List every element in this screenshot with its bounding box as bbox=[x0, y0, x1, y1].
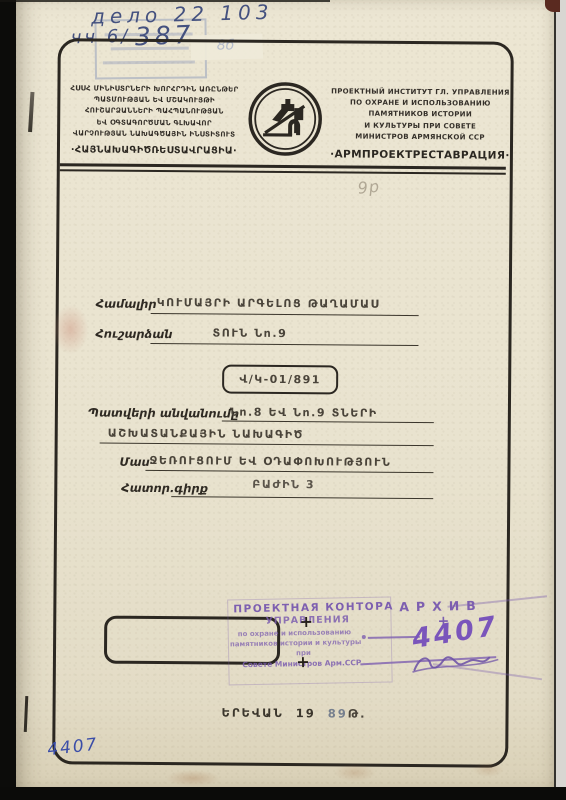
institute-name-armenian: ՀՍՍՀ ՄԻՆԻՍՏՐՆԵՐԻ ԽՈՐՀՐԴԻՆ ԱՌԸՆԹԵՐ ՊԱՏՄՈՒ… bbox=[62, 83, 247, 159]
stamp-dot bbox=[362, 635, 366, 639]
paper-stain bbox=[467, 759, 509, 779]
field-label-order-name: Պատվերի անվանումը bbox=[88, 405, 239, 420]
scan-corner-mark bbox=[545, 0, 560, 12]
staple-mark bbox=[28, 92, 34, 132]
field-value-order-name-line2: ԱՇԽԱՏԱՆՔԱՅԻՆ ՆԱԽԱԳԻԾ bbox=[108, 427, 304, 442]
institute-line: ПО ОХРАНЕ И ИСПОЛЬЗОВАНИЮ bbox=[330, 98, 510, 111]
plus-mark: + bbox=[299, 612, 313, 631]
plus-mark: + bbox=[296, 652, 310, 671]
field-value-order-name: Նո.8 ԵՎ Նո.9 ՏՆԵՐԻ bbox=[230, 406, 378, 420]
institute-short-name-armenian: ·ՀԱՅՆԱԽԱԳԻԾՌԵՍՏԱՎՐԱՑԻԱ· bbox=[62, 142, 246, 159]
field-label-part: Մաս bbox=[119, 455, 149, 469]
field-value-complex: ԿՈՒՄԱՅՐԻ ԱՐԳԵԼՈՑ ԹԱՂԱՄԱՍ bbox=[157, 296, 381, 311]
paper-stain bbox=[327, 760, 383, 784]
field-label-monument: Հուշարձան bbox=[95, 327, 172, 342]
institute-line: МИНИСТРОВ АРМЯНСКОЙ ССР bbox=[330, 131, 510, 144]
institute-short-name-russian: ·АРМПРОЕКТРЕСТАВРАЦИЯ· bbox=[330, 146, 510, 164]
archive-stamp: ПРОЕКТНАЯ КОНТОРА УПРАВЛЕНИЯ по охране и… bbox=[225, 594, 527, 703]
institute-emblem-icon bbox=[245, 79, 326, 160]
scan-edge-right bbox=[554, 0, 566, 800]
handwritten-signature bbox=[410, 646, 503, 682]
imprint-city: ԵՐԵՎԱՆ bbox=[221, 706, 283, 720]
institute-line: ՎԱՐՉՈՒԹՅԱՆ ՆԱԽԱԳԾԱՅԻՆ ԻՆՍՏԻՏՈՒՏ bbox=[62, 128, 246, 141]
institute-line: ՀՍՍՀ ՄԻՆԻՍՏՐՆԵՐԻ ԽՈՐՀՐԴԻՆ ԱՌԸՆԹԵՐ bbox=[62, 83, 246, 96]
margin-pencil-note: 9р bbox=[357, 177, 381, 198]
field-value-monument: ՏՈՒՆ Նո.9 bbox=[212, 326, 287, 340]
binding-mark bbox=[24, 696, 29, 732]
imprint-year-value: 89 bbox=[328, 706, 348, 720]
project-code: Վ/Կ-01/891 bbox=[239, 373, 321, 387]
imprint-year-suffix: Թ. bbox=[348, 707, 367, 721]
institute-name-russian: ПРОЕКТНЫЙ ИНСТИТУТ ГЛ. УПРАВЛЕНИЯ ПО ОХР… bbox=[330, 86, 511, 164]
scan-edge-top bbox=[0, 0, 330, 2]
page-content: 8б дело 22 103 чч 6/ 387 ՀՍՍՀ ՄԻՆԻՍՏՐՆԵՐ… bbox=[0, 0, 566, 800]
scan-edge-left bbox=[0, 0, 16, 800]
field-value-part: ՋԵՌՈՒՑՈՒՄ ԵՎ ՕԴԱՓՈԽՈՒԹՅՈՒՆ bbox=[149, 454, 391, 469]
field-label-volume: Հատոր.գիրք bbox=[121, 481, 208, 496]
stamp-archive-label: АРХИВ bbox=[399, 598, 483, 615]
scanned-page: 8б дело 22 103 чч 6/ 387 ՀՍՍՀ ՄԻՆԻՍՏՐՆԵՐ… bbox=[0, 0, 566, 800]
project-code-box: Վ/Կ-01/891 bbox=[222, 365, 338, 395]
imprint-year-prefix: 19 bbox=[296, 706, 316, 720]
field-label-complex: Համալիր bbox=[96, 297, 157, 311]
paper-stain bbox=[46, 296, 95, 362]
institute-line: ՀՈՒՇԱՐՁԱՆՆԵՐԻ ՊԱՀՊԱՆՈՒԹՅԱՆ bbox=[62, 106, 246, 119]
imprint-line: ԵՐԵՎԱՆ 19 89Թ. bbox=[221, 706, 366, 721]
scan-edge-bottom bbox=[0, 787, 566, 800]
field-value-volume: ԲԱԺԻՆ 3 bbox=[252, 478, 315, 491]
